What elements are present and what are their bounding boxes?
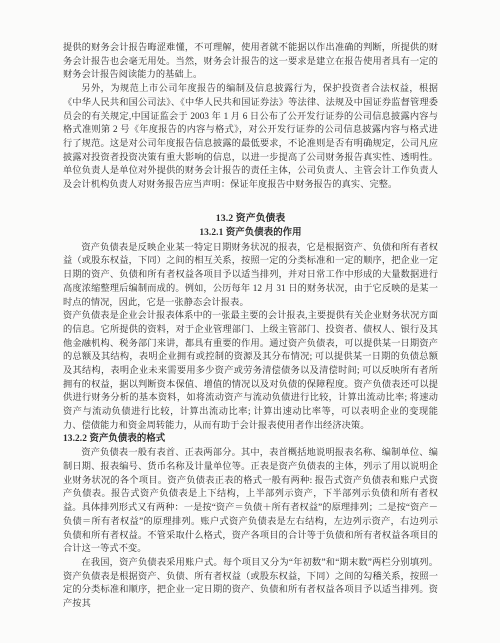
chapter-heading: 13.2 资产负债表 bbox=[63, 212, 438, 227]
paragraph: 在我国，资产负债表采用账户式。每个项目又分为“年初数”和“期末数”两栏分别填列。… bbox=[63, 556, 438, 611]
paragraph-continuation: 提供的财务会计报告晦涩难懂，不可理解，使用者就不能据以作出准确的判断，所提供的财… bbox=[63, 41, 438, 82]
paragraph: 资产负债表是企业会计报表体系中的一张最主要的会计报表,主要提供有关企业财务状况方… bbox=[63, 309, 438, 432]
subsection-heading: 13.2.2 资产负债表的格式 bbox=[63, 433, 438, 447]
document-page: 提供的财务会计报告晦涩难懂，不可理解，使用者就不能据以作出准确的判断，所提供的财… bbox=[63, 41, 438, 611]
paragraph: 另外，为规范上市公司年度报告的编制及信息披露行为，保护投资者合法权益，根据《中华… bbox=[63, 82, 438, 192]
section-heading: 13.2.1 资产负债表的作用 bbox=[63, 226, 438, 241]
paragraph: 资产负债表是反映企业某一特定日期财务状况的报表，它是根据资产、负债和所有者权益（… bbox=[63, 241, 438, 310]
paragraph: 资产负债表一般有表首、正表两部分。其中，表首概括地说明报表名称、编制单位、编制日… bbox=[63, 446, 438, 556]
